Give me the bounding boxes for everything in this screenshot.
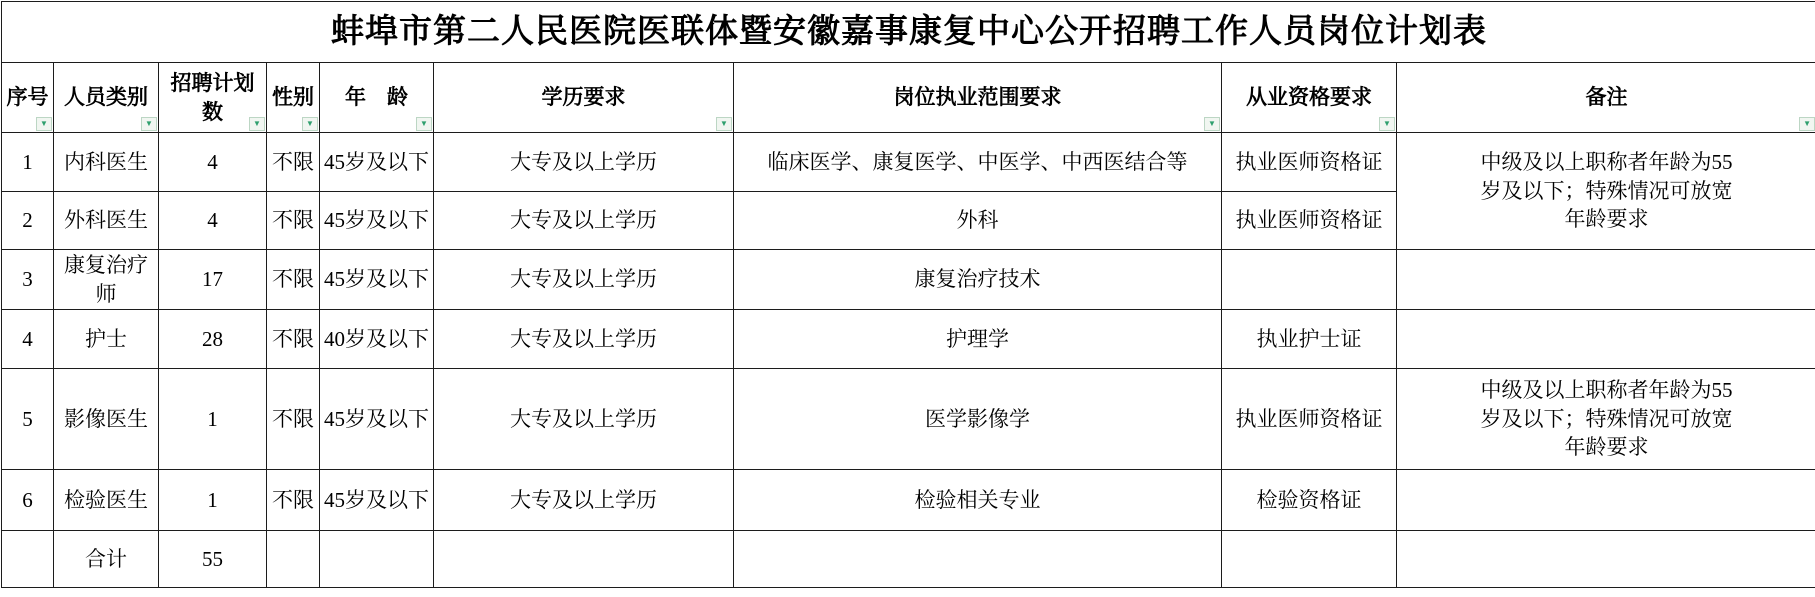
filter-dropdown-icon[interactable]: ▼ — [141, 117, 157, 131]
row1-scope[interactable]: 临床医学、康复医学、中医学、中西医结合等 — [734, 133, 1222, 192]
row6-qualification[interactable]: 检验资格证 — [1222, 470, 1397, 531]
row3-scope[interactable]: 康复治疗技术 — [734, 250, 1222, 310]
filter-dropdown-icon[interactable]: ▼ — [1204, 117, 1220, 131]
table-row: 3 康复治疗师 17 不限 45岁及以下 大专及以上学历 康复治疗技术 — [2, 250, 1815, 310]
col-header-scope-label: 岗位执业范围要求 — [894, 85, 1062, 109]
filter-dropdown-icon[interactable]: ▼ — [249, 117, 265, 131]
row3-remark[interactable] — [1397, 250, 1815, 310]
filter-dropdown-icon[interactable]: ▼ — [302, 117, 318, 131]
col-header-category[interactable]: 人员类别 ▼ — [54, 63, 159, 133]
row3-gender[interactable]: 不限 — [267, 250, 320, 310]
row6-count[interactable]: 1 — [159, 470, 267, 531]
empty-cell[interactable] — [434, 531, 734, 588]
remark-rows-1-2[interactable]: 中级及以上职称者年龄为55 岁及以下；特殊情况可放宽 年龄要求 — [1397, 133, 1815, 250]
row1-category[interactable]: 内科医生 — [54, 133, 159, 192]
row1-education[interactable]: 大专及以上学历 — [434, 133, 734, 192]
total-seq-empty[interactable] — [2, 531, 54, 588]
row1-gender[interactable]: 不限 — [267, 133, 320, 192]
row4-remark[interactable] — [1397, 310, 1815, 369]
col-header-count-label: 招聘计划数 — [171, 71, 255, 123]
row3-count[interactable]: 17 — [159, 250, 267, 310]
table-row: 5 影像医生 1 不限 45岁及以下 大专及以上学历 医学影像学 执业医师资格证… — [2, 369, 1815, 470]
row4-count[interactable]: 28 — [159, 310, 267, 369]
row2-gender[interactable]: 不限 — [267, 192, 320, 250]
row6-category[interactable]: 检验医生 — [54, 470, 159, 531]
row5-education[interactable]: 大专及以上学历 — [434, 369, 734, 470]
row5-seq[interactable]: 5 — [2, 369, 54, 470]
col-header-age[interactable]: 年 龄 ▼ — [320, 63, 434, 133]
row3-qualification[interactable] — [1222, 250, 1397, 310]
empty-cell[interactable] — [1222, 531, 1397, 588]
row4-seq[interactable]: 4 — [2, 310, 54, 369]
spreadsheet: 蚌埠市第二人民医院医联体暨安徽嘉事康复中心公开招聘工作人员岗位计划表 序号 ▼ … — [0, 0, 1815, 597]
row1-count[interactable]: 4 — [159, 133, 267, 192]
row2-count[interactable]: 4 — [159, 192, 267, 250]
col-header-age-label: 年 龄 — [345, 85, 408, 109]
col-header-education[interactable]: 学历要求 ▼ — [434, 63, 734, 133]
filter-dropdown-icon[interactable]: ▼ — [1379, 117, 1395, 131]
filter-dropdown-icon[interactable]: ▼ — [1799, 117, 1815, 131]
row6-age[interactable]: 45岁及以下 — [320, 470, 434, 531]
row5-qualification[interactable]: 执业医师资格证 — [1222, 369, 1397, 470]
table-row: 4 护士 28 不限 40岁及以下 大专及以上学历 护理学 执业护士证 — [2, 310, 1815, 369]
col-header-seq-label: 序号 — [7, 85, 49, 109]
row5-count[interactable]: 1 — [159, 369, 267, 470]
row5-age[interactable]: 45岁及以下 — [320, 369, 434, 470]
row5-category[interactable]: 影像医生 — [54, 369, 159, 470]
row3-education[interactable]: 大专及以上学历 — [434, 250, 734, 310]
filter-dropdown-icon[interactable]: ▼ — [416, 117, 432, 131]
table-row: 6 检验医生 1 不限 45岁及以下 大专及以上学历 检验相关专业 检验资格证 — [2, 470, 1815, 531]
row5-remark[interactable]: 中级及以上职称者年龄为55 岁及以下；特殊情况可放宽 年龄要求 — [1397, 369, 1815, 470]
col-header-scope[interactable]: 岗位执业范围要求 ▼ — [734, 63, 1222, 133]
col-header-seq[interactable]: 序号 ▼ — [2, 63, 54, 133]
row1-qualification[interactable]: 执业医师资格证 — [1222, 133, 1397, 192]
recruitment-plan-table: 蚌埠市第二人民医院医联体暨安徽嘉事康复中心公开招聘工作人员岗位计划表 序号 ▼ … — [1, 1, 1815, 588]
col-header-education-label: 学历要求 — [542, 85, 626, 109]
row4-category[interactable]: 护士 — [54, 310, 159, 369]
row6-scope[interactable]: 检验相关专业 — [734, 470, 1222, 531]
col-header-count[interactable]: 招聘计划数 ▼ — [159, 63, 267, 133]
row4-age[interactable]: 40岁及以下 — [320, 310, 434, 369]
col-header-gender-label: 性别 — [272, 85, 314, 109]
col-header-gender[interactable]: 性别 ▼ — [267, 63, 320, 133]
total-count[interactable]: 55 — [159, 531, 267, 588]
row2-seq[interactable]: 2 — [2, 192, 54, 250]
row2-category[interactable]: 外科医生 — [54, 192, 159, 250]
total-label[interactable]: 合计 — [54, 531, 159, 588]
row2-scope[interactable]: 外科 — [734, 192, 1222, 250]
col-header-category-label: 人员类别 — [64, 85, 148, 109]
row2-education[interactable]: 大专及以上学历 — [434, 192, 734, 250]
empty-cell[interactable] — [734, 531, 1222, 588]
col-header-remark[interactable]: 备注 ▼ — [1397, 63, 1815, 133]
col-header-qualification[interactable]: 从业资格要求 ▼ — [1222, 63, 1397, 133]
row1-seq[interactable]: 1 — [2, 133, 54, 192]
row5-gender[interactable]: 不限 — [267, 369, 320, 470]
row2-age[interactable]: 45岁及以下 — [320, 192, 434, 250]
row2-qualification[interactable]: 执业医师资格证 — [1222, 192, 1397, 250]
row6-gender[interactable]: 不限 — [267, 470, 320, 531]
row4-gender[interactable]: 不限 — [267, 310, 320, 369]
filter-dropdown-icon[interactable]: ▼ — [36, 117, 52, 131]
total-row: 合计 55 — [2, 531, 1815, 588]
row3-seq[interactable]: 3 — [2, 250, 54, 310]
filter-dropdown-icon[interactable]: ▼ — [716, 117, 732, 131]
empty-cell[interactable] — [267, 531, 320, 588]
empty-cell[interactable] — [320, 531, 434, 588]
row3-age[interactable]: 45岁及以下 — [320, 250, 434, 310]
table-row: 1 内科医生 4 不限 45岁及以下 大专及以上学历 临床医学、康复医学、中医学… — [2, 133, 1815, 192]
row6-seq[interactable]: 6 — [2, 470, 54, 531]
row4-qualification[interactable]: 执业护士证 — [1222, 310, 1397, 369]
page-title: 蚌埠市第二人民医院医联体暨安徽嘉事康复中心公开招聘工作人员岗位计划表 — [2, 2, 1815, 63]
empty-cell[interactable] — [1397, 531, 1815, 588]
row6-remark[interactable] — [1397, 470, 1815, 531]
row3-category[interactable]: 康复治疗师 — [54, 250, 159, 310]
row4-education[interactable]: 大专及以上学历 — [434, 310, 734, 369]
col-header-qualification-label: 从业资格要求 — [1246, 85, 1372, 109]
row5-scope[interactable]: 医学影像学 — [734, 369, 1222, 470]
col-header-remark-label: 备注 — [1586, 85, 1628, 109]
row6-education[interactable]: 大专及以上学历 — [434, 470, 734, 531]
row4-scope[interactable]: 护理学 — [734, 310, 1222, 369]
row1-age[interactable]: 45岁及以下 — [320, 133, 434, 192]
